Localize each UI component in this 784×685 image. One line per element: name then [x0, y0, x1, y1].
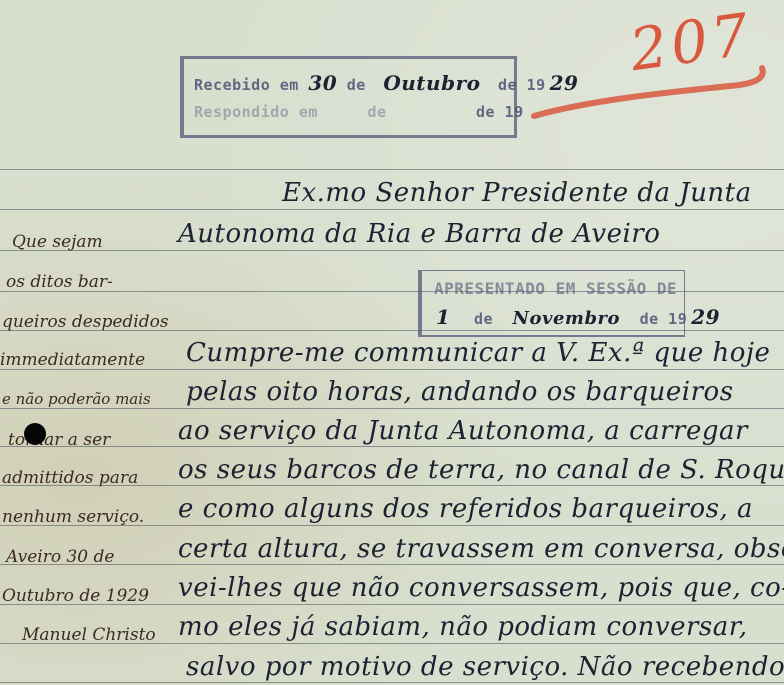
salutation-line: Ex.mo Senhor Presidente da Junta	[282, 178, 752, 208]
presented-month: Novembro	[513, 308, 621, 329]
body-line: Cumpre-me communicar a V. Ex.ª que hoje	[186, 338, 770, 368]
received-label: Recebido em	[194, 76, 299, 94]
presented-year: 29	[691, 305, 720, 329]
margin-note-line: Aveiro 30 de	[6, 547, 114, 567]
salutation-line: Autonoma da Ria e Barra de Aveiro	[178, 219, 660, 249]
answered-de-label: de	[367, 103, 386, 121]
ruled-line	[0, 564, 784, 565]
presented-stamp: APRESENTADO EM SESSÃO DE 1 de Novembro d…	[418, 270, 685, 337]
margin-note-line: immediatamente	[0, 350, 145, 370]
received-month: Outubro	[383, 71, 480, 95]
margin-note-line: Que sejam	[12, 232, 103, 252]
received-year-label: de 19	[498, 76, 546, 94]
margin-note-line: queiros despedidos	[2, 312, 169, 332]
received-stamp: Recebido em 30 de Outubro de 1929 Respon…	[180, 56, 517, 138]
ruled-line	[0, 446, 784, 447]
presented-year-label: de 19	[640, 310, 688, 328]
margin-note-line: admittidos para	[2, 468, 138, 488]
presented-de-label: de	[474, 310, 493, 328]
ruled-line	[0, 169, 784, 170]
answered-year-label: de 19	[476, 103, 524, 121]
ruled-line	[0, 682, 784, 683]
body-line: ao serviço da Junta Autonoma, a carregar	[178, 416, 748, 446]
letter-page: 207 Recebido em 30 de Outubro de 1929 Re…	[0, 0, 784, 685]
body-line: mo eles já sabiam, não podiam conversar,	[178, 612, 748, 642]
body-line: e como alguns dos referidos barqueiros, …	[178, 494, 753, 524]
body-line: certa altura, se travassem em conversa, …	[178, 534, 784, 564]
received-day: 30	[308, 71, 337, 95]
ruled-line	[0, 209, 784, 210]
margin-note-signature: Manuel Christo	[22, 625, 156, 645]
body-line: vei-lhes que não conversassem, pois que,…	[178, 573, 784, 603]
ruled-line	[0, 250, 784, 251]
margin-note-line: e não poderão mais	[2, 390, 151, 408]
presented-day: 1	[436, 305, 450, 329]
punch-hole	[24, 423, 46, 445]
margin-note-line: Outubro de 1929	[2, 586, 149, 606]
margin-note-line: nenhum serviço.	[2, 507, 144, 527]
presented-label: APRESENTADO EM SESSÃO DE	[434, 279, 677, 298]
body-line: pelas oito horas, andando os barqueiros	[186, 377, 734, 407]
received-year: 29	[550, 71, 579, 95]
body-line: salvo por motivo de serviço. Não receben…	[186, 652, 784, 682]
body-line: os seus barcos de terra, no canal de S. …	[178, 455, 784, 485]
answered-label: Respondido em	[194, 103, 318, 121]
margin-note-line: os ditos bar-	[6, 272, 113, 292]
received-de-label: de	[347, 76, 366, 94]
ruled-line	[0, 408, 784, 409]
